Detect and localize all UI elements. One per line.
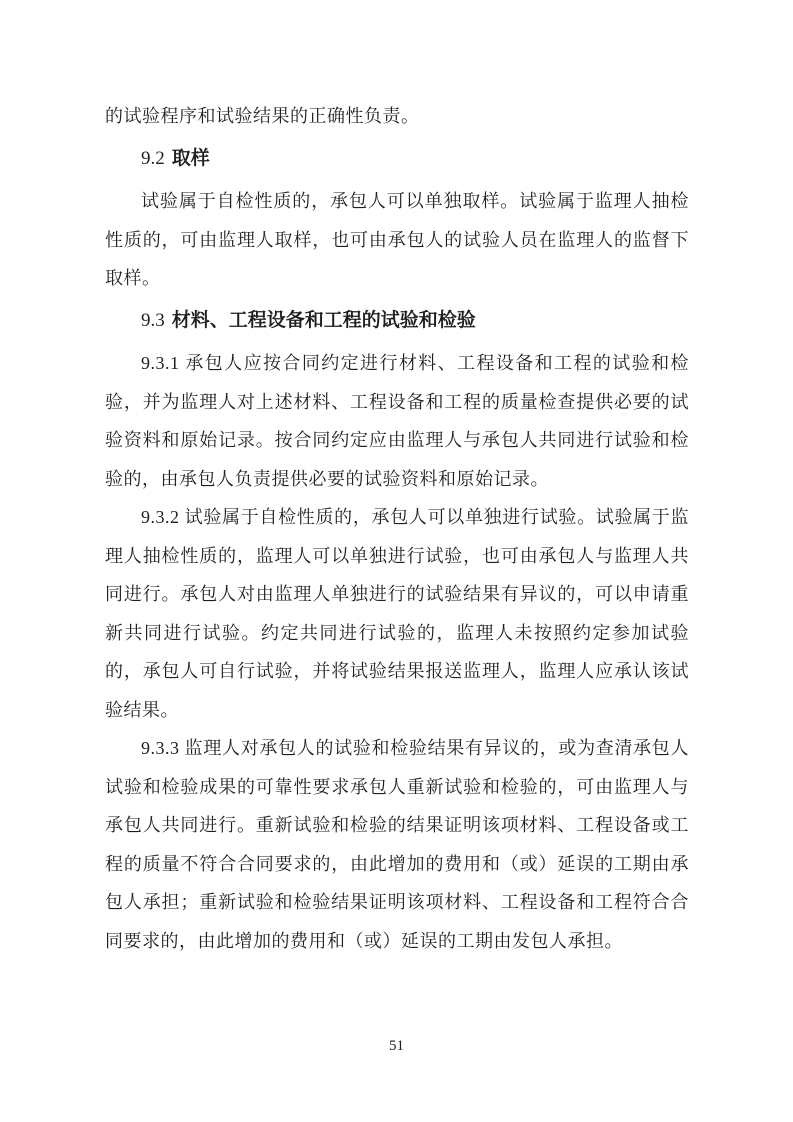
text-line: 验，并为监理人对上述材料、工程设备和工程的质量检查提供必要的试 (105, 383, 689, 422)
text-line: 承包人共同进行。重新试验和检验的结果证明该项材料、工程设备或工 (105, 806, 689, 845)
text-line: 9.3.1 承包人应按合同约定进行材料、工程设备和工程的试验和检 (105, 344, 689, 383)
text-line: 包人承担；重新试验和检验结果证明该项材料、工程设备和工程符合合 (105, 883, 689, 922)
text-line: 同要求的，由此增加的费用和（或）延误的工期由发包人承担。 (105, 922, 689, 961)
page-number: 51 (0, 1036, 793, 1056)
paragraph-continuation-line: 的试验程序和试验结果的正确性负责。 (105, 97, 689, 136)
text-line: 试验属于自检性质的，承包人可以单独取样。试验属于监理人抽检 (105, 182, 689, 221)
section-heading-9-2: 9.2取样 (105, 140, 689, 179)
text-line: 试验和检验成果的可靠性要求承包人重新试验和检验的，可由监理人与 (105, 768, 689, 807)
document-page: 的试验程序和试验结果的正确性负责。 9.2取样 试验属于自检性质的，承包人可以单… (0, 0, 793, 1122)
document-body: 的试验程序和试验结果的正确性负责。 9.2取样 试验属于自检性质的，承包人可以单… (105, 97, 689, 960)
text-line: 性质的，可由监理人取样，也可由承包人的试验人员在监理人的监督下 (105, 221, 689, 260)
text-line: 新共同进行试验。约定共同进行试验的，监理人未按照约定参加试验 (105, 614, 689, 653)
text-line: 验资料和原始记录。按合同约定应由监理人与承包人共同进行试验和检 (105, 421, 689, 460)
text-line: 理人抽检性质的，监理人可以单独进行试验，也可由承包人与监理人共 (105, 537, 689, 576)
section-number: 9.2 (141, 148, 165, 169)
text-line: 取样。 (105, 259, 689, 298)
text-line: 9.3.2 试验属于自检性质的，承包人可以单独进行试验。试验属于监 (105, 498, 689, 537)
section-title: 取样 (172, 148, 210, 169)
text-line: 程的质量不符合合同要求的，由此增加的费用和（或）延误的工期由承 (105, 845, 689, 884)
text-line: 验的，由承包人负责提供必要的试验资料和原始记录。 (105, 460, 689, 499)
text-line: 验结果。 (105, 691, 689, 730)
text-line: 同进行。承包人对由监理人单独进行的试验结果有异议的，可以申请重 (105, 575, 689, 614)
section-heading-9-3: 9.3材料、工程设备和工程的试验和检验 (105, 302, 689, 341)
text-line: 9.3.3 监理人对承包人的试验和检验结果有异议的，或为查清承包人 (105, 729, 689, 768)
text-line: 的，承包人可自行试验，并将试验结果报送监理人，监理人应承认该试 (105, 652, 689, 691)
section-title: 材料、工程设备和工程的试验和检验 (172, 310, 476, 331)
section-number: 9.3 (141, 310, 165, 331)
